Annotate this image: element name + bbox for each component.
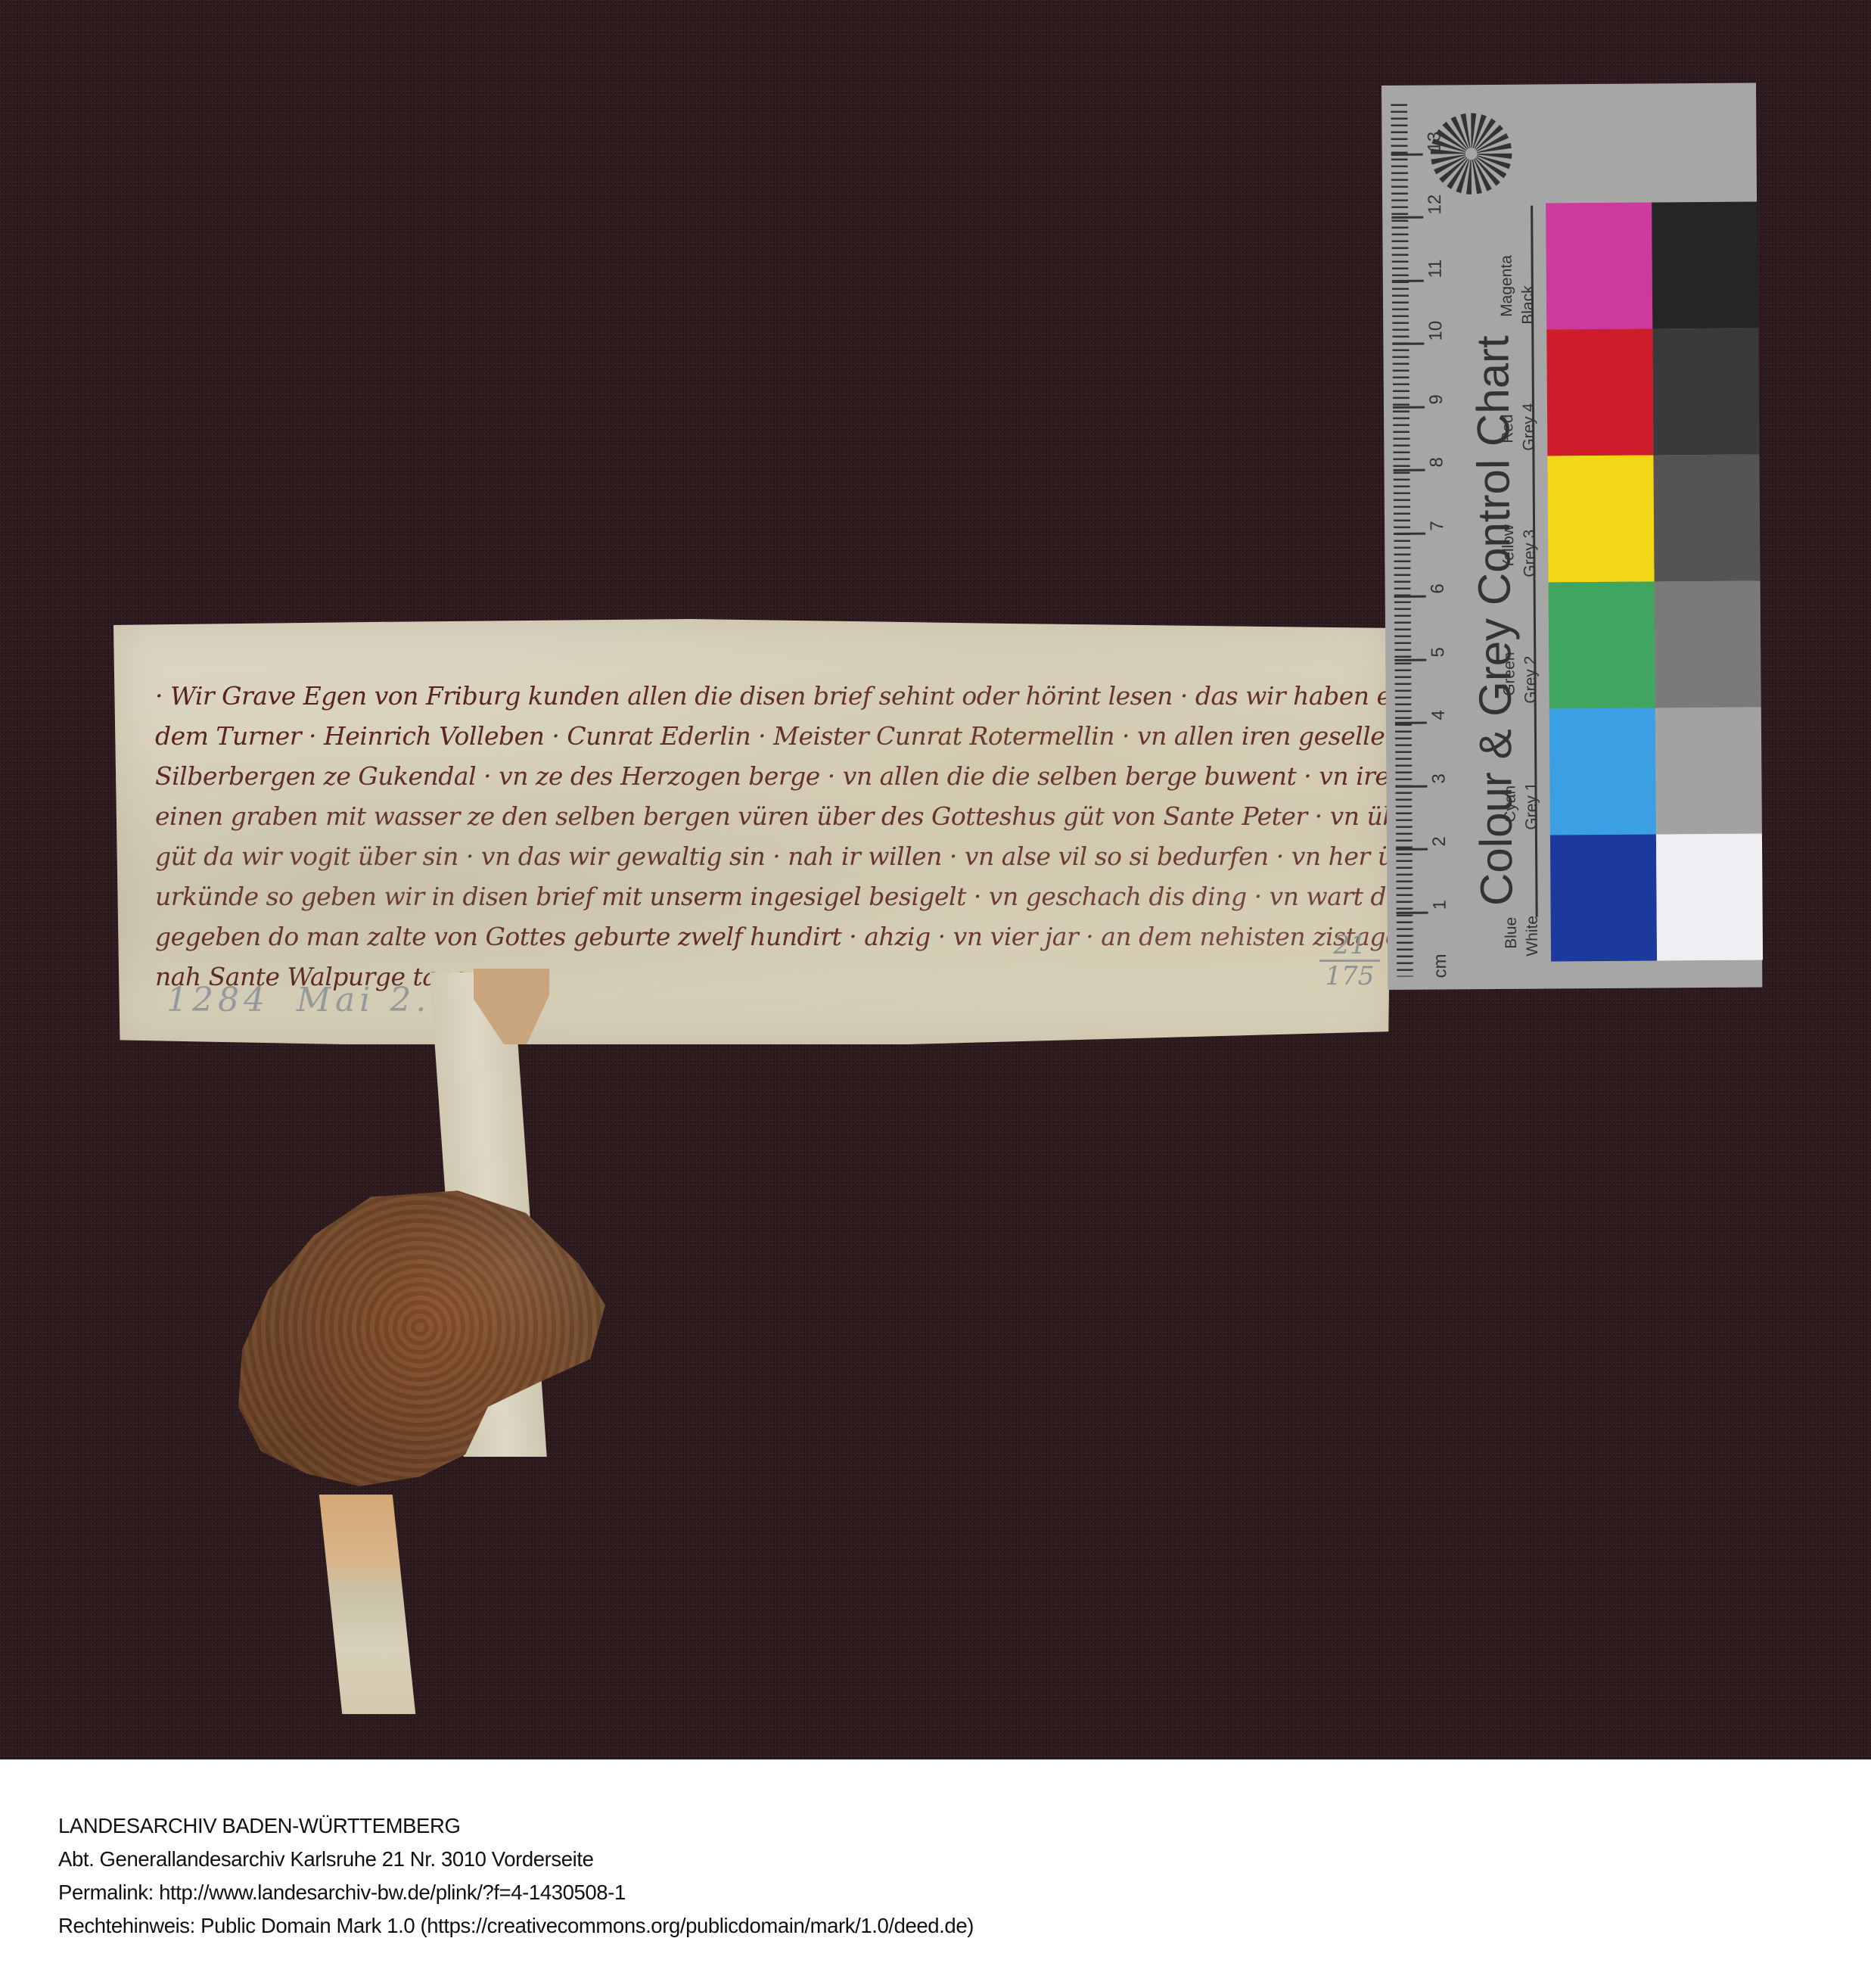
grey-label: Grey 3 <box>1521 530 1539 577</box>
ruler-major-tick <box>1397 911 1428 913</box>
ruler-number: 10 <box>1425 321 1447 341</box>
annotation-day: Mai 2. <box>297 981 430 1019</box>
manuscript-line: dem Turner · Heinrich Volleben · Cunrat … <box>155 716 1366 756</box>
grey-patch-black <box>1652 202 1758 329</box>
colour-label: Magenta <box>1498 255 1517 317</box>
parchment-charter: · Wir Grave Egen von Friburg kunden alle… <box>113 619 1394 1044</box>
grey-label: Grey 1 <box>1522 782 1540 830</box>
grey-label: Grey 4 <box>1520 403 1538 451</box>
pencil-date-annotation: 1284Mai 2. <box>166 981 430 1019</box>
manuscript-line: urkünde so geben wir in disen brief mit … <box>155 876 1366 916</box>
colour-patches <box>1546 202 1763 962</box>
scan-background: · Wir Grave Egen von Friburg kunden alle… <box>0 0 1871 1759</box>
ruler-major-tick <box>1392 343 1424 345</box>
ruler-number: 12 <box>1425 194 1446 215</box>
patch-row <box>1549 581 1761 709</box>
ruler-number: 2 <box>1429 836 1450 847</box>
signature-top: 21 <box>1319 931 1380 962</box>
wax-seal <box>231 1184 609 1502</box>
colour-patch-cyan <box>1549 708 1656 835</box>
institution-name: LANDESARCHIV BADEN-WÜRTTEMBERG <box>58 1809 974 1843</box>
patch-row <box>1550 834 1763 962</box>
grey-label: White <box>1524 916 1542 957</box>
ruler-number: 7 <box>1427 521 1448 531</box>
ruler-number: 5 <box>1428 647 1449 658</box>
manuscript-line: gegeben do man zalte von Gottes geburte … <box>155 916 1366 957</box>
pencil-signature-annotation: 21 175 <box>1319 931 1380 991</box>
rights-notice: Rechtehinweis: Public Domain Mark 1.0 (h… <box>58 1909 974 1943</box>
grey-patch-grey-4 <box>1652 328 1759 456</box>
ruler-major-tick <box>1394 469 1425 471</box>
grey-label: Grey 2 <box>1521 656 1540 704</box>
ruler-number: 6 <box>1428 583 1449 594</box>
colour-patch-magenta <box>1546 203 1652 330</box>
patch-labels: MagentaBlackRedGrey 4YellowGrey 3GreenGr… <box>1381 83 1756 86</box>
manuscript-line: einen graben mit wasser ze den selben be… <box>155 796 1366 836</box>
colour-label: Blue <box>1503 917 1521 949</box>
annotation-year: 1284 <box>166 981 269 1019</box>
archive-footer: LANDESARCHIV BADEN-WÜRTTEMBERG Abt. Gene… <box>58 1809 974 1943</box>
patch-row <box>1549 708 1762 835</box>
ruler-marks: cm12345678910111213 <box>1381 83 1756 86</box>
sunburst-target-icon <box>1428 111 1514 197</box>
ruler-number: 11 <box>1425 259 1447 278</box>
ruler-number: 3 <box>1428 773 1450 784</box>
colour-patch-red <box>1546 329 1653 456</box>
grey-patch-grey-3 <box>1653 455 1760 582</box>
colour-patch-blue <box>1550 834 1657 961</box>
ruler-number: 8 <box>1426 457 1447 468</box>
ruler-major-tick <box>1395 722 1427 724</box>
ruler-major-tick <box>1391 216 1423 219</box>
patch-row <box>1546 328 1759 456</box>
ruler-major-tick <box>1394 596 1426 598</box>
colour-control-chart: cm12345678910111213 Colour & Grey Contro… <box>1381 83 1762 990</box>
ruler-major-tick <box>1394 532 1425 534</box>
grey-patch-white <box>1656 834 1763 961</box>
ruler-major-tick <box>1392 279 1424 282</box>
manuscript-line: Silberbergen ze Gukendal · vn ze des Her… <box>155 756 1366 796</box>
colour-label: Red <box>1499 414 1517 443</box>
colour-patch-yellow <box>1547 456 1654 583</box>
colour-label: Yellow <box>1500 524 1518 570</box>
colour-label: Green <box>1500 652 1518 696</box>
colour-label: Cyan <box>1501 786 1519 823</box>
patch-row <box>1547 455 1760 583</box>
seal-strip-tail <box>319 1495 415 1714</box>
manuscript-line: güt da wir vogit über sin · vn das wir g… <box>155 836 1366 876</box>
ruler-major-tick <box>1394 658 1426 661</box>
ruler-major-tick <box>1396 848 1428 851</box>
permalink[interactable]: Permalink: http://www.landesarchiv-bw.de… <box>58 1876 974 1909</box>
manuscript-text: · Wir Grave Egen von Friburg kunden alle… <box>155 676 1366 997</box>
colour-patch-green <box>1549 581 1655 708</box>
grey-patch-grey-2 <box>1655 581 1761 708</box>
ruler-number: 4 <box>1428 710 1450 720</box>
ruler-unit-label: cm <box>1430 954 1451 978</box>
ruler-major-tick <box>1391 153 1423 155</box>
ruler-major-tick <box>1393 406 1425 408</box>
manuscript-line: · Wir Grave Egen von Friburg kunden alle… <box>155 676 1366 716</box>
ruler-number: 1 <box>1430 900 1451 910</box>
ruler-major-tick <box>1395 785 1427 787</box>
patch-row <box>1546 202 1758 330</box>
grey-label: Black <box>1519 285 1537 325</box>
ruler-number: 9 <box>1426 394 1447 405</box>
archive-reference: Abt. Generallandesarchiv Karlsruhe 21 Nr… <box>58 1843 974 1876</box>
grey-patch-grey-1 <box>1655 708 1762 835</box>
signature-bottom: 175 <box>1319 962 1380 991</box>
